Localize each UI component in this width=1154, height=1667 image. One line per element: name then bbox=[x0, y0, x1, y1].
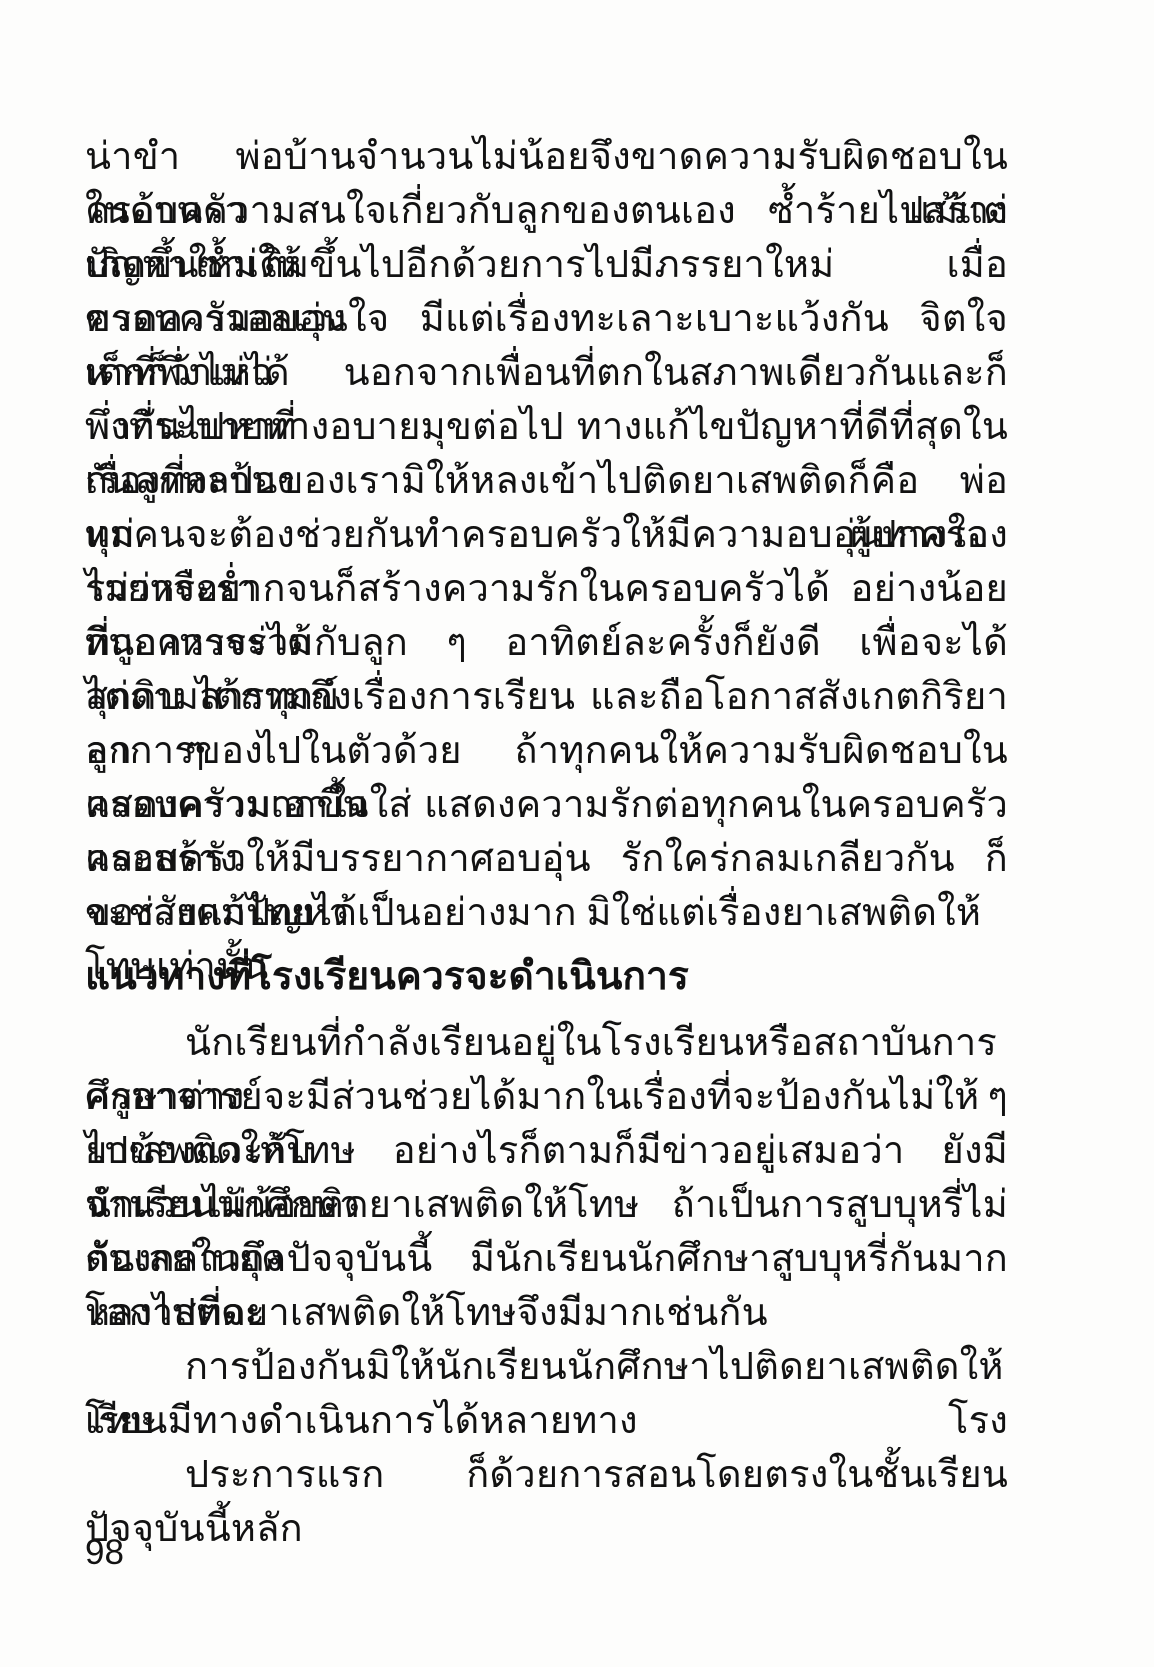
text-line: จำนวนไม่น้อยติดยาเสพติดให้โทษ ถ้าเป็นการ… bbox=[85, 1178, 1008, 1232]
text-line: กันลูกหลานของเรามิให้หลงเข้าไปติดยาเสพติ… bbox=[85, 454, 1008, 508]
paragraph: การป้องกันมิให้นักเรียนนักศึกษาไปติดยาเส… bbox=[85, 1340, 1008, 1448]
text-line: ทุกคนจะต้องช่วยกันทำครอบครัวให้มีความอบอ… bbox=[85, 508, 1008, 562]
section-heading: แนวทางที่โรงเรียนควรจะดำเนินการ bbox=[85, 950, 1008, 1004]
text-line: นักเรียนที่กำลังเรียนอยู่ในโรงเรียนหรือส… bbox=[85, 1016, 1008, 1070]
text-line: ยาเสพติดให้โทษ อย่างไรก็ตามก็มีข่าวอยู่เ… bbox=[85, 1124, 1008, 1178]
text-line: แสดงความเอาใจใส่ แสดงความรักต่อทุกคนในคร… bbox=[85, 778, 1008, 832]
text-line: การป้องกันมิให้นักเรียนนักศึกษาไปติดยาเส… bbox=[85, 1340, 1008, 1394]
paragraph: น่าขำ พ่อบ้านจำนวนไม่น้อยจึงขาดความรับผิ… bbox=[85, 130, 1008, 940]
text-line: น่าขำ พ่อบ้านจำนวนไม่น้อยจึงขาดความรับผิ… bbox=[85, 130, 1008, 184]
text-block: น่าขำ พ่อบ้านจำนวนไม่น้อยจึงขาดความรับผิ… bbox=[85, 130, 1008, 1502]
text-line: ครูอาจารย์จะมีส่วนช่วยได้มากในเรื่องที่จ… bbox=[85, 1070, 1008, 1124]
text-line: หลงไปติดยาเสพติดให้โทษจึงมีมากเช่นกัน bbox=[85, 1286, 1008, 1340]
text-line: สุกดิบ ได้ถามถึงเรื่องการเรียน และถือโอก… bbox=[85, 670, 1008, 724]
text-line: ประการแรก ก็ด้วยการสอนโดยตรงในชั้นเรียน … bbox=[85, 1448, 1008, 1502]
text-line: ครอบครัวให้มีบรรยากาศอบอุ่น รักใคร่กลมเก… bbox=[85, 832, 1008, 886]
page-number: 98 bbox=[85, 1533, 124, 1573]
text-line: พึ่งที่ระบายทางอบายมุขต่อไป ทางแก้ไขปัญห… bbox=[85, 400, 1008, 454]
scanned-book-page: น่าขำ พ่อบ้านจำนวนไม่น้อยจึงขาดความรับผิ… bbox=[0, 0, 1154, 1667]
text-line: รวยหรือยากจนก็สร้างความรักในครอบครัวได้ … bbox=[85, 562, 1008, 616]
paragraph: ประการแรก ก็ด้วยการสอนโดยตรงในชั้นเรียน … bbox=[85, 1448, 1008, 1502]
text-line: ของสังคมไทยได้เป็นอย่างมาก มิใช่แต่เรื่อ… bbox=[85, 886, 1008, 940]
text-line: หาที่พึ่งไม่ได้ นอกจากเพื่อนที่ตกในสภาพเ… bbox=[85, 346, 1008, 400]
text-line: ขาดความอบอุ่นใจ มีแต่เรื่องทะเลาะเบาะแว้… bbox=[85, 292, 1008, 346]
paragraph: นักเรียนที่กำลังเรียนอยู่ในโรงเรียนหรือส… bbox=[85, 1016, 1008, 1340]
text-line: กันเลยในยุคปัจจุบันนี้ มีนักเรียนนักศึกษ… bbox=[85, 1232, 1008, 1286]
text-line: ในด้านความสนใจเกี่ยวกับลูกของตนเอง ซ้ำร้… bbox=[85, 184, 1008, 238]
text-line: ลูก ๆ ไปในตัวด้วย ถ้าทุกคนให้ความรับผิดช… bbox=[85, 724, 1008, 778]
text-line: กินอาหารร่วมกับลูก ๆ อาทิตย์ละครั้งก็ยัง… bbox=[85, 616, 1008, 670]
text-line: เกิดขึ้นซ้ำเติมขึ้นไปอีกด้วยการไปมีภรรยา… bbox=[85, 238, 1008, 292]
